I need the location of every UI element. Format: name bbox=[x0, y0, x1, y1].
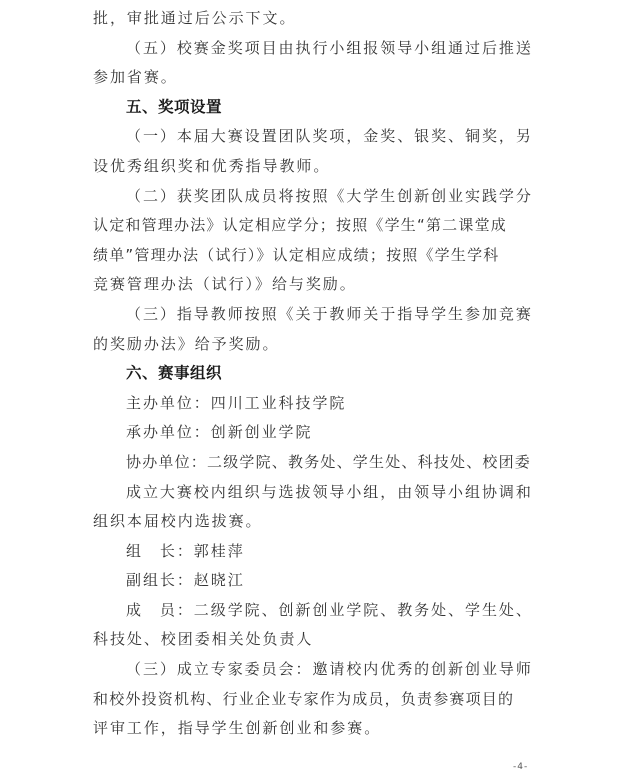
page-number: -4- bbox=[513, 762, 528, 772]
document-page: 批，审批通过后公示下文。 （五）校赛金奖项目由执行小组报领导小组通过后推送 参加… bbox=[93, 4, 535, 744]
text-line: 成 员：二级学院、创新创业学院、教务处、学生处、 bbox=[93, 596, 535, 626]
text-line: 评审工作，指导学生创新创业和参赛。 bbox=[93, 714, 535, 744]
text-line: 组织本届校内选拔赛。 bbox=[93, 507, 535, 537]
section-heading-organization: 六、赛事组织 bbox=[93, 359, 535, 389]
text-line: 竞赛管理办法（试行）》给与奖励。 bbox=[93, 270, 535, 300]
text-line: （一）本届大赛设置团队奖项，金奖、银奖、铜奖，另 bbox=[93, 122, 535, 152]
text-line: （三）指导教师按照《关于教师关于指导学生参加竞赛 bbox=[93, 300, 535, 330]
text-line: 协办单位：二级学院、教务处、学生处、科技处、校团委 bbox=[93, 448, 535, 478]
text-line: 承办单位：创新创业学院 bbox=[93, 418, 535, 448]
text-line: 科技处、校团委相关处负责人 bbox=[93, 625, 535, 655]
text-line: （三）成立专家委员会：邀请校内优秀的创新创业导师 bbox=[93, 655, 535, 685]
text-line: 的奖励办法》给予奖励。 bbox=[93, 330, 535, 360]
text-line: 组 长：郭桂萍 bbox=[93, 537, 535, 567]
text-line: （二）获奖团队成员将按照《大学生创新创业实践学分 bbox=[93, 182, 535, 212]
text-line: 设优秀组织奖和优秀指导教师。 bbox=[93, 152, 535, 182]
text-line: 认定和管理办法》认定相应学分；按照《学生“第二课堂成 bbox=[93, 211, 535, 241]
text-line: 成立大赛校内组织与选拔领导小组，由领导小组协调和 bbox=[93, 478, 535, 508]
text-line: 参加省赛。 bbox=[93, 63, 535, 93]
text-line: 主办单位：四川工业科技学院 bbox=[93, 389, 535, 419]
text-line: 批，审批通过后公示下文。 bbox=[93, 4, 535, 34]
text-line: （五）校赛金奖项目由执行小组报领导小组通过后推送 bbox=[93, 34, 535, 64]
text-line: 副组长：赵晓江 bbox=[93, 566, 535, 596]
text-line: 绩单”管理办法（试行）》认定相应成绩；按照《学生学科 bbox=[93, 241, 535, 271]
text-line: 和校外投资机构、行业企业专家作为成员，负责参赛项目的 bbox=[93, 685, 535, 715]
section-heading-awards: 五、奖项设置 bbox=[93, 93, 535, 123]
